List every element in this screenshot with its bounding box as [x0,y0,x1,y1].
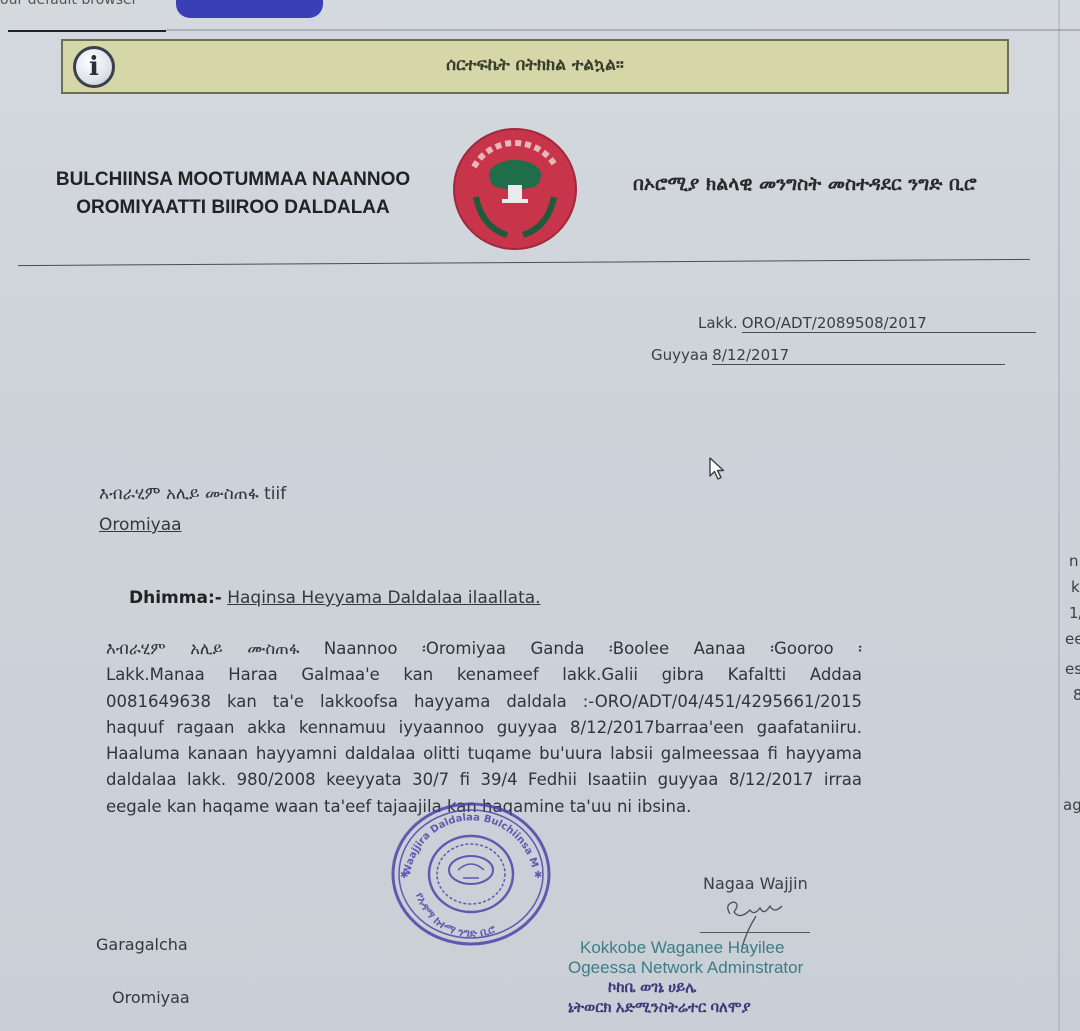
divider [166,29,1080,31]
banner-message: ሰርተፍኬት በትክክል ተልኳል። [63,55,1007,75]
subject-line: Dhimma:- Haqinsa Heyyama Daldalaa ilaall… [129,588,541,608]
subject-label: Dhimma:- [129,588,222,608]
org-name-english: BULCHIINSA MOOTUMMAA NAANNOO OROMIYAATTI… [38,166,428,222]
svg-text:✱: ✱ [400,870,408,881]
org-name-line-2: OROMIYAATTI BIIROO DALDALAA [38,194,428,222]
subject-text: Haqinsa Heyyama Daldalaa ilaallata. [227,588,540,608]
set-default-browser-button[interactable] [176,0,323,18]
browser-notice-text: our default browser [0,0,137,8]
reference-number: Lakk.ORO/ADT/2089508/2017 [698,314,1036,333]
svg-text:✱: ✱ [534,870,542,881]
body-line: እብራሂም አሊይ ሙስጠፋ Naannoo ፡Oromiyaa Ganda ፡… [106,636,862,662]
signatory-title: Ogeessa Network Adminstrator [568,958,848,978]
info-banner: i ሰርተፍኬት በትክክል ተልኳል። [61,39,1009,94]
official-stamp-icon: Waajjira Daldalaa Bulchiinsa Magaalaa Ad… [388,798,554,948]
reference-number-label: Lakk. [698,314,738,332]
reference-date-value: 8/12/2017 [712,346,1005,365]
reference-number-value: ORO/ADT/2089508/2017 [742,314,1036,333]
recipient-region: Oromiyaa [99,515,182,535]
body-line: Haaluma kanaan hayyamni daldalaa olitti … [106,741,862,767]
org-name-line-1: BULCHIINSA MOOTUMMAA NAANNOO [38,166,428,194]
body-line: 0081649638 kan ta'e lakkoofsa hayyama da… [106,689,862,715]
body-line: Lakk.Manaa Haraa Galmaa'e kan kenameef l… [106,662,862,688]
signature-line [700,932,810,933]
reference-date: Guyyaa8/12/2017 [651,346,1005,365]
letter-body: እብራሂም አሊይ ሙስጠፋ Naannoo ፡Oromiyaa Ganda ፡… [106,636,862,820]
fragment-text: 8 [1073,686,1080,704]
signatory-stamp: Kokkobe Waganee Hayilee Ogeessa Network … [568,938,848,1018]
adjacent-page-fragment: n k 1/ ee es 8 ag [1063,548,1080,838]
oromia-emblem-icon [452,127,578,251]
fragment-text: n [1069,552,1079,570]
signatory-title-amharic: ኔትወርክ አድሚንስትሬተር ባለሞያ [568,998,848,1018]
body-line: haquuf ragaan akka kennamuu iyyaannoo gu… [106,715,862,741]
signatory-name-amharic: ኮከቤ ወገኔ ሀይሌ [568,978,848,998]
tab-underline [8,30,166,32]
page-edge-shadow [1058,0,1060,1031]
reference-date-label: Guyyaa [651,346,708,364]
signatory-name: Kokkobe Waganee Hayilee [568,938,848,958]
recipient-name: እብራሂም አሊይ ሙስጠፋ tiif [99,484,286,504]
mouse-cursor-icon [708,456,726,482]
fragment-text: es [1065,660,1080,678]
body-line: daldalaa lakk. 980/2008 keeyyata 30/7 fi… [106,767,862,793]
header-divider [18,259,1030,266]
copy-to-recipient: Oromiyaa [112,988,190,1007]
fragment-text: k [1071,578,1080,596]
fragment-text: 1/ [1069,604,1080,622]
copy-to-label: Garagalcha [96,935,188,954]
fragment-text: ag [1063,796,1080,814]
fragment-text: ee [1065,630,1080,648]
org-name-amharic: በኦሮሚያ ክልላዊ መንግስት መስተዳደር ንግድ ቢሮ [633,173,977,195]
